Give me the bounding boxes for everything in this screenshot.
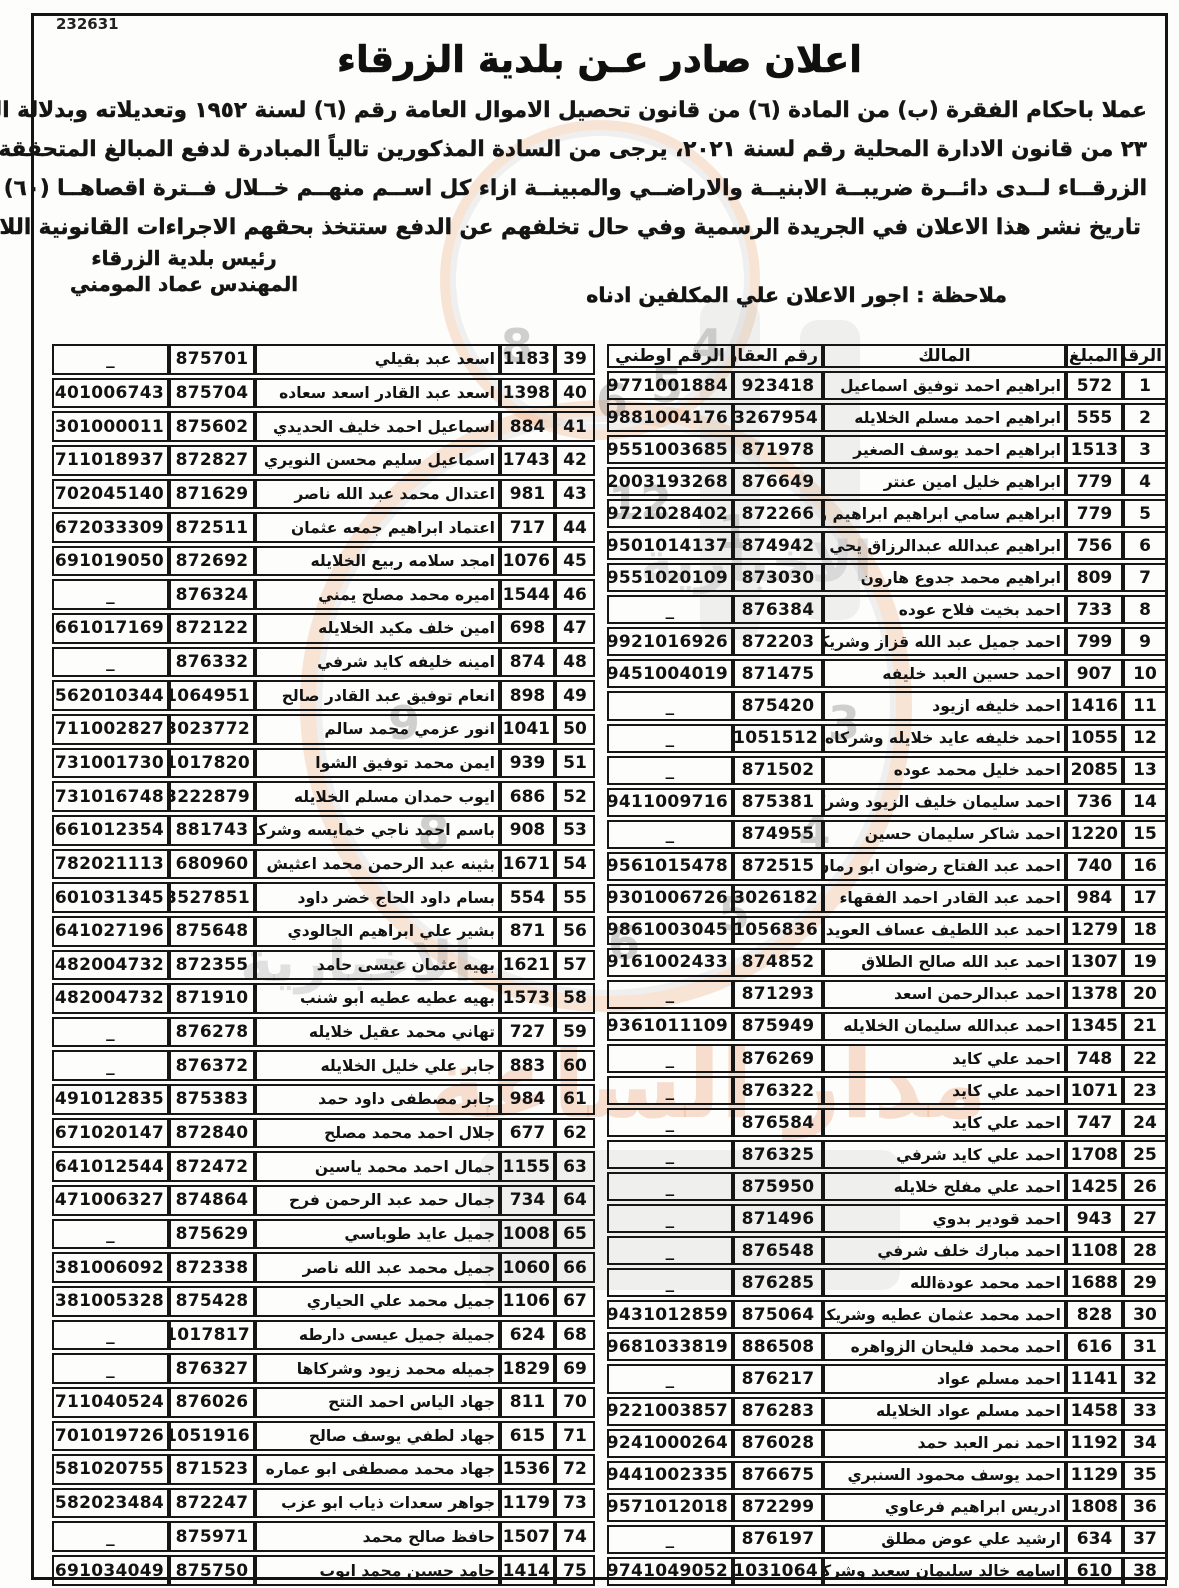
cell-num: 58 bbox=[555, 983, 595, 1014]
header-amount: المبلغ bbox=[1066, 344, 1123, 368]
cell-national: _ bbox=[607, 1076, 733, 1105]
cell-owner: جلال احمد محمد مصلح bbox=[255, 1118, 500, 1149]
cell-num: 46 bbox=[555, 579, 595, 610]
cell-owner: بسام داود الحاج خضر داود bbox=[255, 882, 500, 913]
table-row: 191307احمد عبد الله صالح الطلاق874852916… bbox=[607, 948, 1167, 977]
cell-national: _ bbox=[52, 647, 169, 678]
owners-table-rows-1-38: الرقم المبلغ المالك رقم العقار الرقم اوط… bbox=[607, 341, 1167, 1588]
cell-property: 876324 bbox=[169, 579, 255, 610]
cell-num: 28 bbox=[1123, 1236, 1167, 1265]
cell-owner: احمد علي كايد bbox=[823, 1108, 1066, 1137]
signature-block: رئيس بلدية الزرقاء المهندس عماد المومني bbox=[70, 245, 298, 297]
cell-num: 65 bbox=[555, 1219, 595, 1250]
cell-national: 9221003857 bbox=[607, 1397, 733, 1426]
signature-name: المهندس عماد المومني bbox=[70, 271, 298, 297]
cell-property: 876269 bbox=[733, 1044, 823, 1073]
cell-national: 9482004732 bbox=[52, 950, 169, 981]
cell-national: _ bbox=[607, 820, 733, 849]
cell-amount: 1076 bbox=[500, 546, 555, 577]
cell-owner: ايوب حمدان مسلم الخلايله bbox=[255, 781, 500, 812]
cell-owner: اسماعيل سليم محسن النويري bbox=[255, 445, 500, 476]
cell-owner: احمد قودير بدوي bbox=[823, 1204, 1066, 1233]
cell-property: 876285 bbox=[733, 1268, 823, 1297]
cell-amount: 1688 bbox=[1066, 1268, 1123, 1297]
cell-num: 10 bbox=[1123, 659, 1167, 688]
table-row: 71615جهاد لطفي يوسف صالح2105191697010197… bbox=[52, 1421, 595, 1452]
cell-num: 9 bbox=[1123, 627, 1167, 656]
cell-num: 14 bbox=[1123, 788, 1167, 817]
cell-property: 923418 bbox=[733, 371, 823, 400]
cell-owner: احمد جميل عبد الله قزاز وشريكه bbox=[823, 627, 1066, 656]
table-row: 48874امينه خليفه كايد شرفي876332_ bbox=[52, 647, 595, 678]
cell-owner: احمد عبد اللطيف عساف العويدات bbox=[823, 916, 1066, 945]
cell-property: 875629 bbox=[169, 1219, 255, 1250]
cell-property: 876675 bbox=[733, 1461, 823, 1490]
table-row: 53908باسم احمد ناجي خمايسه وشركاه8817439… bbox=[52, 815, 595, 846]
cell-owner: امين خلف مكيد الخلايله bbox=[255, 613, 500, 644]
cell-property: 876322 bbox=[733, 1076, 823, 1105]
table-header-row: الرقم المبلغ المالك رقم العقار الرقم اوط… bbox=[607, 344, 1167, 368]
cell-num: 41 bbox=[555, 411, 595, 442]
cell-num: 52 bbox=[555, 781, 595, 812]
cell-num: 31 bbox=[1123, 1332, 1167, 1361]
cell-amount: 1398 bbox=[500, 378, 555, 409]
cell-amount: 1220 bbox=[1066, 820, 1123, 849]
cell-num: 34 bbox=[1123, 1429, 1167, 1458]
cell-num: 38 bbox=[1123, 1557, 1167, 1586]
table-row: 661060جميل محمد عبد الله ناصر87233893810… bbox=[52, 1252, 595, 1283]
cell-owner: احمد علي كايد شرفي bbox=[823, 1140, 1066, 1169]
cell-amount: 809 bbox=[1066, 563, 1123, 592]
cell-owner: بشير علي ابراهيم الجالودي bbox=[255, 916, 500, 947]
cell-num: 74 bbox=[555, 1521, 595, 1552]
cell-property: 3267954 bbox=[733, 403, 823, 432]
cell-property: 3222879 bbox=[169, 781, 255, 812]
cell-national: _ bbox=[52, 1320, 169, 1351]
cell-owner: اعتماد ابراهيم جمعه عثمان bbox=[255, 512, 500, 543]
table-row: 27943احمد قودير بدوي871496_ bbox=[607, 1204, 1167, 1233]
cell-national: _ bbox=[607, 756, 733, 785]
cell-property: 874852 bbox=[733, 948, 823, 977]
cell-num: 56 bbox=[555, 916, 595, 947]
cell-num: 36 bbox=[1123, 1493, 1167, 1522]
table-row: 60883جابر علي خليل الخلايله876372_ bbox=[52, 1050, 595, 1081]
cell-amount: 1141 bbox=[1066, 1364, 1123, 1393]
cell-amount: 736 bbox=[1066, 788, 1123, 817]
table-row: 231071احمد علي كايد876322_ bbox=[607, 1076, 1167, 1105]
cell-national: _ bbox=[607, 691, 733, 720]
cell-amount: 756 bbox=[1066, 531, 1123, 560]
cell-amount: 555 bbox=[1066, 403, 1123, 432]
table-row: 43981اعتدال محمد عبد الله ناصر8716299702… bbox=[52, 479, 595, 510]
table-row: 571621بهيه عثمان عيسى حامد87235594820047… bbox=[52, 950, 595, 981]
cell-national: _ bbox=[52, 1219, 169, 1250]
cell-amount: 1573 bbox=[500, 983, 555, 1014]
cell-num: 55 bbox=[555, 882, 595, 913]
cell-owner: ابراهيم عبدالله عبدالرزاق يحي وشريكه bbox=[823, 531, 1066, 560]
cell-amount: 1743 bbox=[500, 445, 555, 476]
cell-num: 23 bbox=[1123, 1076, 1167, 1105]
cell-num: 53 bbox=[555, 815, 595, 846]
cell-national: _ bbox=[607, 595, 733, 624]
cell-num: 1 bbox=[1123, 371, 1167, 400]
owners-table-rows-39-75: 391183اسعد عبد بقيلي875701_401398اسعد عب… bbox=[52, 341, 595, 1588]
table-row: 51939ايمن محمد توفيق الشوا10178209731001… bbox=[52, 748, 595, 779]
cell-national: 9482004732 bbox=[52, 983, 169, 1014]
cell-national: 9551003685 bbox=[607, 435, 733, 464]
cell-owner: جهاد محمد مصطفى ابو عماره bbox=[255, 1454, 500, 1485]
cell-property: 871293 bbox=[733, 980, 823, 1009]
cell-property: 875064 bbox=[733, 1300, 823, 1329]
table-row: 9799احمد جميل عبد الله قزاز وشريكه872203… bbox=[607, 627, 1167, 656]
cell-property: 21051512 bbox=[733, 724, 823, 753]
cell-num: 32 bbox=[1123, 1364, 1167, 1393]
cell-amount: 616 bbox=[1066, 1332, 1123, 1361]
cell-national: _ bbox=[607, 1204, 733, 1233]
table-row: 281108احمد مبارك خلف شرفي876548_ bbox=[607, 1236, 1167, 1265]
cell-amount: 1155 bbox=[500, 1151, 555, 1182]
cell-property: 871496 bbox=[733, 1204, 823, 1233]
cell-property: 872122 bbox=[169, 613, 255, 644]
cell-property: 872338 bbox=[169, 1252, 255, 1283]
cell-property: 3527851 bbox=[169, 882, 255, 913]
cell-national: 9771001884 bbox=[607, 371, 733, 400]
cell-national: 9161002433 bbox=[607, 948, 733, 977]
cell-owner: حافظ صالح محمد bbox=[255, 1521, 500, 1552]
cell-num: 49 bbox=[555, 680, 595, 711]
newspaper-announcement-page: 121345689 8456 الاخبارية الاخبارية مدار … bbox=[0, 0, 1179, 1588]
cell-national: 9672033309 bbox=[52, 512, 169, 543]
table-row: 351129احمد يوسف محمود السنبري87667594410… bbox=[607, 1461, 1167, 1490]
cell-owner: احمد علي كايد bbox=[823, 1076, 1066, 1105]
cell-national: 9641027196 bbox=[52, 916, 169, 947]
cell-property: 872355 bbox=[169, 950, 255, 981]
header-owner: المالك bbox=[823, 344, 1066, 368]
cell-owner: بهيه عطيه عطيه ابو شنب bbox=[255, 983, 500, 1014]
cell-num: 25 bbox=[1123, 1140, 1167, 1169]
cell-property: 871910 bbox=[169, 983, 255, 1014]
table-row: 14736احمد سليمان خليف الزيود وشركاه87538… bbox=[607, 788, 1167, 817]
cell-property: 872692 bbox=[169, 546, 255, 577]
cell-num: 47 bbox=[555, 613, 595, 644]
cell-amount: 811 bbox=[500, 1387, 555, 1418]
table-row: 151220احمد شاكر سليمان حسين874955_ bbox=[607, 820, 1167, 849]
table-row: 47698امين خلف مكيد الخلايله8721229661017… bbox=[52, 613, 595, 644]
header-row-number: الرقم bbox=[1123, 344, 1167, 368]
cell-property: 3023772 bbox=[169, 714, 255, 745]
cell-national: 9601031345 bbox=[52, 882, 169, 913]
cell-owner: احمد عبدالرحمن اسعد bbox=[823, 980, 1066, 1009]
cell-amount: 1008 bbox=[500, 1219, 555, 1250]
cell-num: 69 bbox=[555, 1353, 595, 1384]
announcement-body: عملا باحكام الفقرة (ب) من المادة (٦) من … bbox=[52, 91, 1147, 247]
cell-owner: احمد سليمان خليف الزيود وشركاه bbox=[823, 788, 1066, 817]
tables-container: 391183اسعد عبد بقيلي875701_401398اسعد عب… bbox=[52, 341, 1147, 1588]
cell-amount: 1060 bbox=[500, 1252, 555, 1283]
table-row: 59727تهاني محمد عقيل خلايله876278_ bbox=[52, 1017, 595, 1048]
cell-owner: ابراهيم احمد توفيق اسماعيل bbox=[823, 371, 1066, 400]
cell-num: 16 bbox=[1123, 852, 1167, 881]
cell-property: 1017820 bbox=[169, 748, 255, 779]
cell-owner: جميل محمد علي الحياري bbox=[255, 1286, 500, 1317]
cell-owner: جميل عايد طوباسي bbox=[255, 1219, 500, 1250]
cell-national: 9582023484 bbox=[52, 1488, 169, 1519]
cell-property: 873030 bbox=[733, 563, 823, 592]
cell-national: 9441002335 bbox=[607, 1461, 733, 1490]
cell-property: 3026182 bbox=[733, 884, 823, 913]
cell-national: 9241000264 bbox=[607, 1429, 733, 1458]
cell-num: 7 bbox=[1123, 563, 1167, 592]
cell-owner: احمد علي مفلح خلايله bbox=[823, 1172, 1066, 1201]
cell-national: 9381006092 bbox=[52, 1252, 169, 1283]
cell-num: 51 bbox=[555, 748, 595, 779]
cell-num: 44 bbox=[555, 512, 595, 543]
cell-num: 62 bbox=[555, 1118, 595, 1149]
table-row: 121055احمد خليفه عايد خلايله وشركاه21051… bbox=[607, 724, 1167, 753]
cell-owner: احمد شاكر سليمان حسين bbox=[823, 820, 1066, 849]
cell-national: 9401006743 bbox=[52, 378, 169, 409]
cell-num: 59 bbox=[555, 1017, 595, 1048]
cell-amount: 779 bbox=[1066, 499, 1123, 528]
table-row: 741507حافظ صالح محمد875971_ bbox=[52, 1521, 595, 1552]
table-row: 181279احمد عبد اللطيف عساف العويدات21056… bbox=[607, 916, 1167, 945]
cell-owner: احمد بخيت فلاح عوده bbox=[823, 595, 1066, 624]
table-row: 201378احمد عبدالرحمن اسعد871293_ bbox=[607, 980, 1167, 1009]
cell-property: 871978 bbox=[733, 435, 823, 464]
cell-owner: احمد محمد فليحان الزواهره bbox=[823, 1332, 1066, 1361]
cell-property: 875648 bbox=[169, 916, 255, 947]
cell-num: 63 bbox=[555, 1151, 595, 1182]
cell-amount: 740 bbox=[1066, 852, 1123, 881]
table-row: 64734جمال حمد عبد الرحمن فرح874864947100… bbox=[52, 1185, 595, 1216]
cell-property: 876327 bbox=[169, 1353, 255, 1384]
cell-amount: 981 bbox=[500, 479, 555, 510]
cell-amount: 1106 bbox=[500, 1286, 555, 1317]
cell-owner: احمد خليفه عايد خلايله وشركاه bbox=[823, 724, 1066, 753]
cell-num: 30 bbox=[1123, 1300, 1167, 1329]
cell-property: 1017817 bbox=[169, 1320, 255, 1351]
cell-amount: 1071 bbox=[1066, 1076, 1123, 1105]
cell-num: 13 bbox=[1123, 756, 1167, 785]
cell-property: 875949 bbox=[733, 1012, 823, 1041]
cell-amount: 572 bbox=[1066, 371, 1123, 400]
cell-amount: 717 bbox=[500, 512, 555, 543]
cell-amount: 1671 bbox=[500, 849, 555, 880]
cell-owner: احمد عبد الله صالح الطلاق bbox=[823, 948, 1066, 977]
cell-property: 875383 bbox=[169, 1084, 255, 1115]
cell-amount: 1708 bbox=[1066, 1140, 1123, 1169]
cell-national: 9641012544 bbox=[52, 1151, 169, 1182]
cell-owner: جمال حمد عبد الرحمن فرح bbox=[255, 1185, 500, 1216]
table-row: 541671بثينه عبد الرحمن محمد اعثيش6809609… bbox=[52, 849, 595, 880]
cell-property: 876372 bbox=[169, 1050, 255, 1081]
cell-num: 71 bbox=[555, 1421, 595, 1452]
cell-owner: احمد عبد القادر احمد الفقهاء bbox=[823, 884, 1066, 913]
cell-owner: جميل محمد عبد الله ناصر bbox=[255, 1252, 500, 1283]
cell-num: 68 bbox=[555, 1320, 595, 1351]
table-row: 461544اميره محمد مصلح يمني876324_ bbox=[52, 579, 595, 610]
cell-owner: اسامه خالد سليمان سعيد وشركاه bbox=[823, 1557, 1066, 1586]
cell-property: 876283 bbox=[733, 1397, 823, 1426]
cell-amount: 1513 bbox=[1066, 435, 1123, 464]
cell-national: 9361011109 bbox=[607, 1012, 733, 1041]
table-row: 341192احمد نمر العبد حمد8760289241000264 bbox=[607, 1429, 1167, 1458]
table-row: 401398اسعد عبد القادر اسعد سعاده87570494… bbox=[52, 378, 595, 409]
cell-property: 1031064 bbox=[733, 1557, 823, 1586]
cell-num: 37 bbox=[1123, 1525, 1167, 1554]
table-row: 61984جابر مصطفى داود حمد8753839491012835 bbox=[52, 1084, 595, 1115]
cell-owner: ابراهيم سامي ابراهيم ابراهيم وشريكه bbox=[823, 499, 1066, 528]
cell-num: 66 bbox=[555, 1252, 595, 1283]
cell-amount: 624 bbox=[500, 1320, 555, 1351]
document-number: 232631 bbox=[56, 15, 119, 33]
cell-num: 61 bbox=[555, 1084, 595, 1115]
cell-owner: اعتدال محمد عبد الله ناصر bbox=[255, 479, 500, 510]
cell-num: 45 bbox=[555, 546, 595, 577]
cell-national: _ bbox=[607, 1364, 733, 1393]
table-row: 68624جميلة جميل عيسى دارطه1017817_ bbox=[52, 1320, 595, 1351]
cell-owner: ارشيد علي عوض مطلق bbox=[823, 1525, 1066, 1554]
cell-national: 9861003045 bbox=[607, 916, 733, 945]
cell-amount: 677 bbox=[500, 1118, 555, 1149]
cell-property: 872511 bbox=[169, 512, 255, 543]
cell-property: 876278 bbox=[169, 1017, 255, 1048]
cell-num: 5 bbox=[1123, 499, 1167, 528]
cell-num: 75 bbox=[555, 1555, 595, 1586]
cell-property: 874864 bbox=[169, 1185, 255, 1216]
cell-national: _ bbox=[52, 1521, 169, 1552]
cell-owner: جابر مصطفى داود حمد bbox=[255, 1084, 500, 1115]
cell-amount: 1183 bbox=[500, 344, 555, 375]
cell-property: 876197 bbox=[733, 1525, 823, 1554]
cell-national: 9301006726 bbox=[607, 884, 733, 913]
cell-num: 42 bbox=[555, 445, 595, 476]
cell-owner: ابراهيم احمد يوسف الصغير bbox=[823, 435, 1066, 464]
cell-property: 876384 bbox=[733, 595, 823, 624]
cell-property: 872266 bbox=[733, 499, 823, 528]
cell-num: 72 bbox=[555, 1454, 595, 1485]
cell-num: 21 bbox=[1123, 1012, 1167, 1041]
cell-num: 70 bbox=[555, 1387, 595, 1418]
cell-property: 876548 bbox=[733, 1236, 823, 1265]
cell-num: 12 bbox=[1123, 724, 1167, 753]
table-row: 5779ابراهيم سامي ابراهيم ابراهيم وشريكه8… bbox=[607, 499, 1167, 528]
cell-national: 9491012835 bbox=[52, 1084, 169, 1115]
cell-num: 15 bbox=[1123, 820, 1167, 849]
cell-owner: احمد خليفه ازيود bbox=[823, 691, 1066, 720]
cell-property: 875701 bbox=[169, 344, 255, 375]
cell-owner: انور عزمي محمد سالم bbox=[255, 714, 500, 745]
cell-national: 9691019050 bbox=[52, 546, 169, 577]
cell-amount: 943 bbox=[1066, 1204, 1123, 1233]
table-row: 6756ابراهيم عبدالله عبدالرزاق يحي وشريكه… bbox=[607, 531, 1167, 560]
cell-property: 872827 bbox=[169, 445, 255, 476]
cell-national: 9451004019 bbox=[607, 659, 733, 688]
cell-property: 875420 bbox=[733, 691, 823, 720]
cell-property: 21051916 bbox=[169, 1421, 255, 1452]
cell-property: 872515 bbox=[733, 852, 823, 881]
cell-property: 872247 bbox=[169, 1488, 255, 1519]
table-row: 211345احمد عبدالله سليمان الخلايله875949… bbox=[607, 1012, 1167, 1041]
table-row: 291688احمد محمد عودةالله876285_ bbox=[607, 1268, 1167, 1297]
cell-property: 871629 bbox=[169, 479, 255, 510]
cell-amount: 1108 bbox=[1066, 1236, 1123, 1265]
cell-amount: 828 bbox=[1066, 1300, 1123, 1329]
cell-national: _ bbox=[52, 579, 169, 610]
cell-owner: جواهر سعدات ذياب ابو عزب bbox=[255, 1488, 500, 1519]
table-row: 62677جلال احمد محمد مصلح8728409671020147 bbox=[52, 1118, 595, 1149]
cell-num: 20 bbox=[1123, 980, 1167, 1009]
cell-property: 871502 bbox=[733, 756, 823, 785]
cell-national: 9721028402 bbox=[607, 499, 733, 528]
cell-num: 26 bbox=[1123, 1172, 1167, 1201]
cell-num: 48 bbox=[555, 647, 595, 678]
cell-national: 9431012859 bbox=[607, 1300, 733, 1329]
table-row: 321141احمد مسلم عواد876217_ bbox=[607, 1364, 1167, 1393]
cell-num: 27 bbox=[1123, 1204, 1167, 1233]
cell-national: _ bbox=[607, 1268, 733, 1297]
cell-owner: احمد خليل محمد عوده bbox=[823, 756, 1066, 785]
table-row: 10907احمد حسين العبد خليفه87147594510040… bbox=[607, 659, 1167, 688]
cell-amount: 1279 bbox=[1066, 916, 1123, 945]
cell-property: 875971 bbox=[169, 1521, 255, 1552]
cell-national: 9711018937 bbox=[52, 445, 169, 476]
cell-property: 875602 bbox=[169, 411, 255, 442]
cell-amount: 1055 bbox=[1066, 724, 1123, 753]
cell-national: 9741049052 bbox=[607, 1557, 733, 1586]
cell-property: 872472 bbox=[169, 1151, 255, 1182]
cell-property: 875704 bbox=[169, 378, 255, 409]
cell-owner: احمد محمد عثمان عطيه وشريكه bbox=[823, 1300, 1066, 1329]
cell-property: 875950 bbox=[733, 1172, 823, 1201]
cell-national: 9561015478 bbox=[607, 852, 733, 881]
cell-property: 876217 bbox=[733, 1364, 823, 1393]
cell-property: 874955 bbox=[733, 820, 823, 849]
cell-owner: احمد عبدالله سليمان الخلايله bbox=[823, 1012, 1066, 1041]
cell-national: 2003193268 bbox=[607, 467, 733, 496]
table-row: 41884اسماعيل احمد خليف الحديدي8756029301… bbox=[52, 411, 595, 442]
cell-owner: احمد عبد الفتاح رضوان ابو رمان bbox=[823, 852, 1066, 881]
cell-num: 43 bbox=[555, 479, 595, 510]
cell-national: 9501014137 bbox=[607, 531, 733, 560]
cell-num: 40 bbox=[555, 378, 595, 409]
cell-owner: ايمن محمد توفيق الشوا bbox=[255, 748, 500, 779]
cell-owner: احمد محمد عودةالله bbox=[823, 1268, 1066, 1297]
cell-national: _ bbox=[607, 724, 733, 753]
cell-national: _ bbox=[607, 1140, 733, 1169]
cell-national: 9702045140 bbox=[52, 479, 169, 510]
cell-num: 54 bbox=[555, 849, 595, 880]
cell-amount: 908 bbox=[500, 815, 555, 846]
cell-national: _ bbox=[52, 1017, 169, 1048]
table-row: 4779ابراهيم خليل امين عنتر87664920031932… bbox=[607, 467, 1167, 496]
table-row: 52686ايوب حمدان مسلم الخلايله32228799731… bbox=[52, 781, 595, 812]
cell-property: 881743 bbox=[169, 815, 255, 846]
cell-amount: 1345 bbox=[1066, 1012, 1123, 1041]
cell-property: 886508 bbox=[733, 1332, 823, 1361]
cell-property: 872299 bbox=[733, 1493, 823, 1522]
cell-national: 9381005328 bbox=[52, 1286, 169, 1317]
cell-national: 9731001730 bbox=[52, 748, 169, 779]
cell-amount: 634 bbox=[1066, 1525, 1123, 1554]
cell-owner: جهاد الياس احمد التتح bbox=[255, 1387, 500, 1418]
cell-owner: ادريس ابراهيم فرعاوي bbox=[823, 1493, 1066, 1522]
cell-national: 9661012354 bbox=[52, 815, 169, 846]
cell-amount: 1458 bbox=[1066, 1397, 1123, 1426]
cell-num: 57 bbox=[555, 950, 595, 981]
cell-national: 9301000011 bbox=[52, 411, 169, 442]
cell-amount: 748 bbox=[1066, 1044, 1123, 1073]
